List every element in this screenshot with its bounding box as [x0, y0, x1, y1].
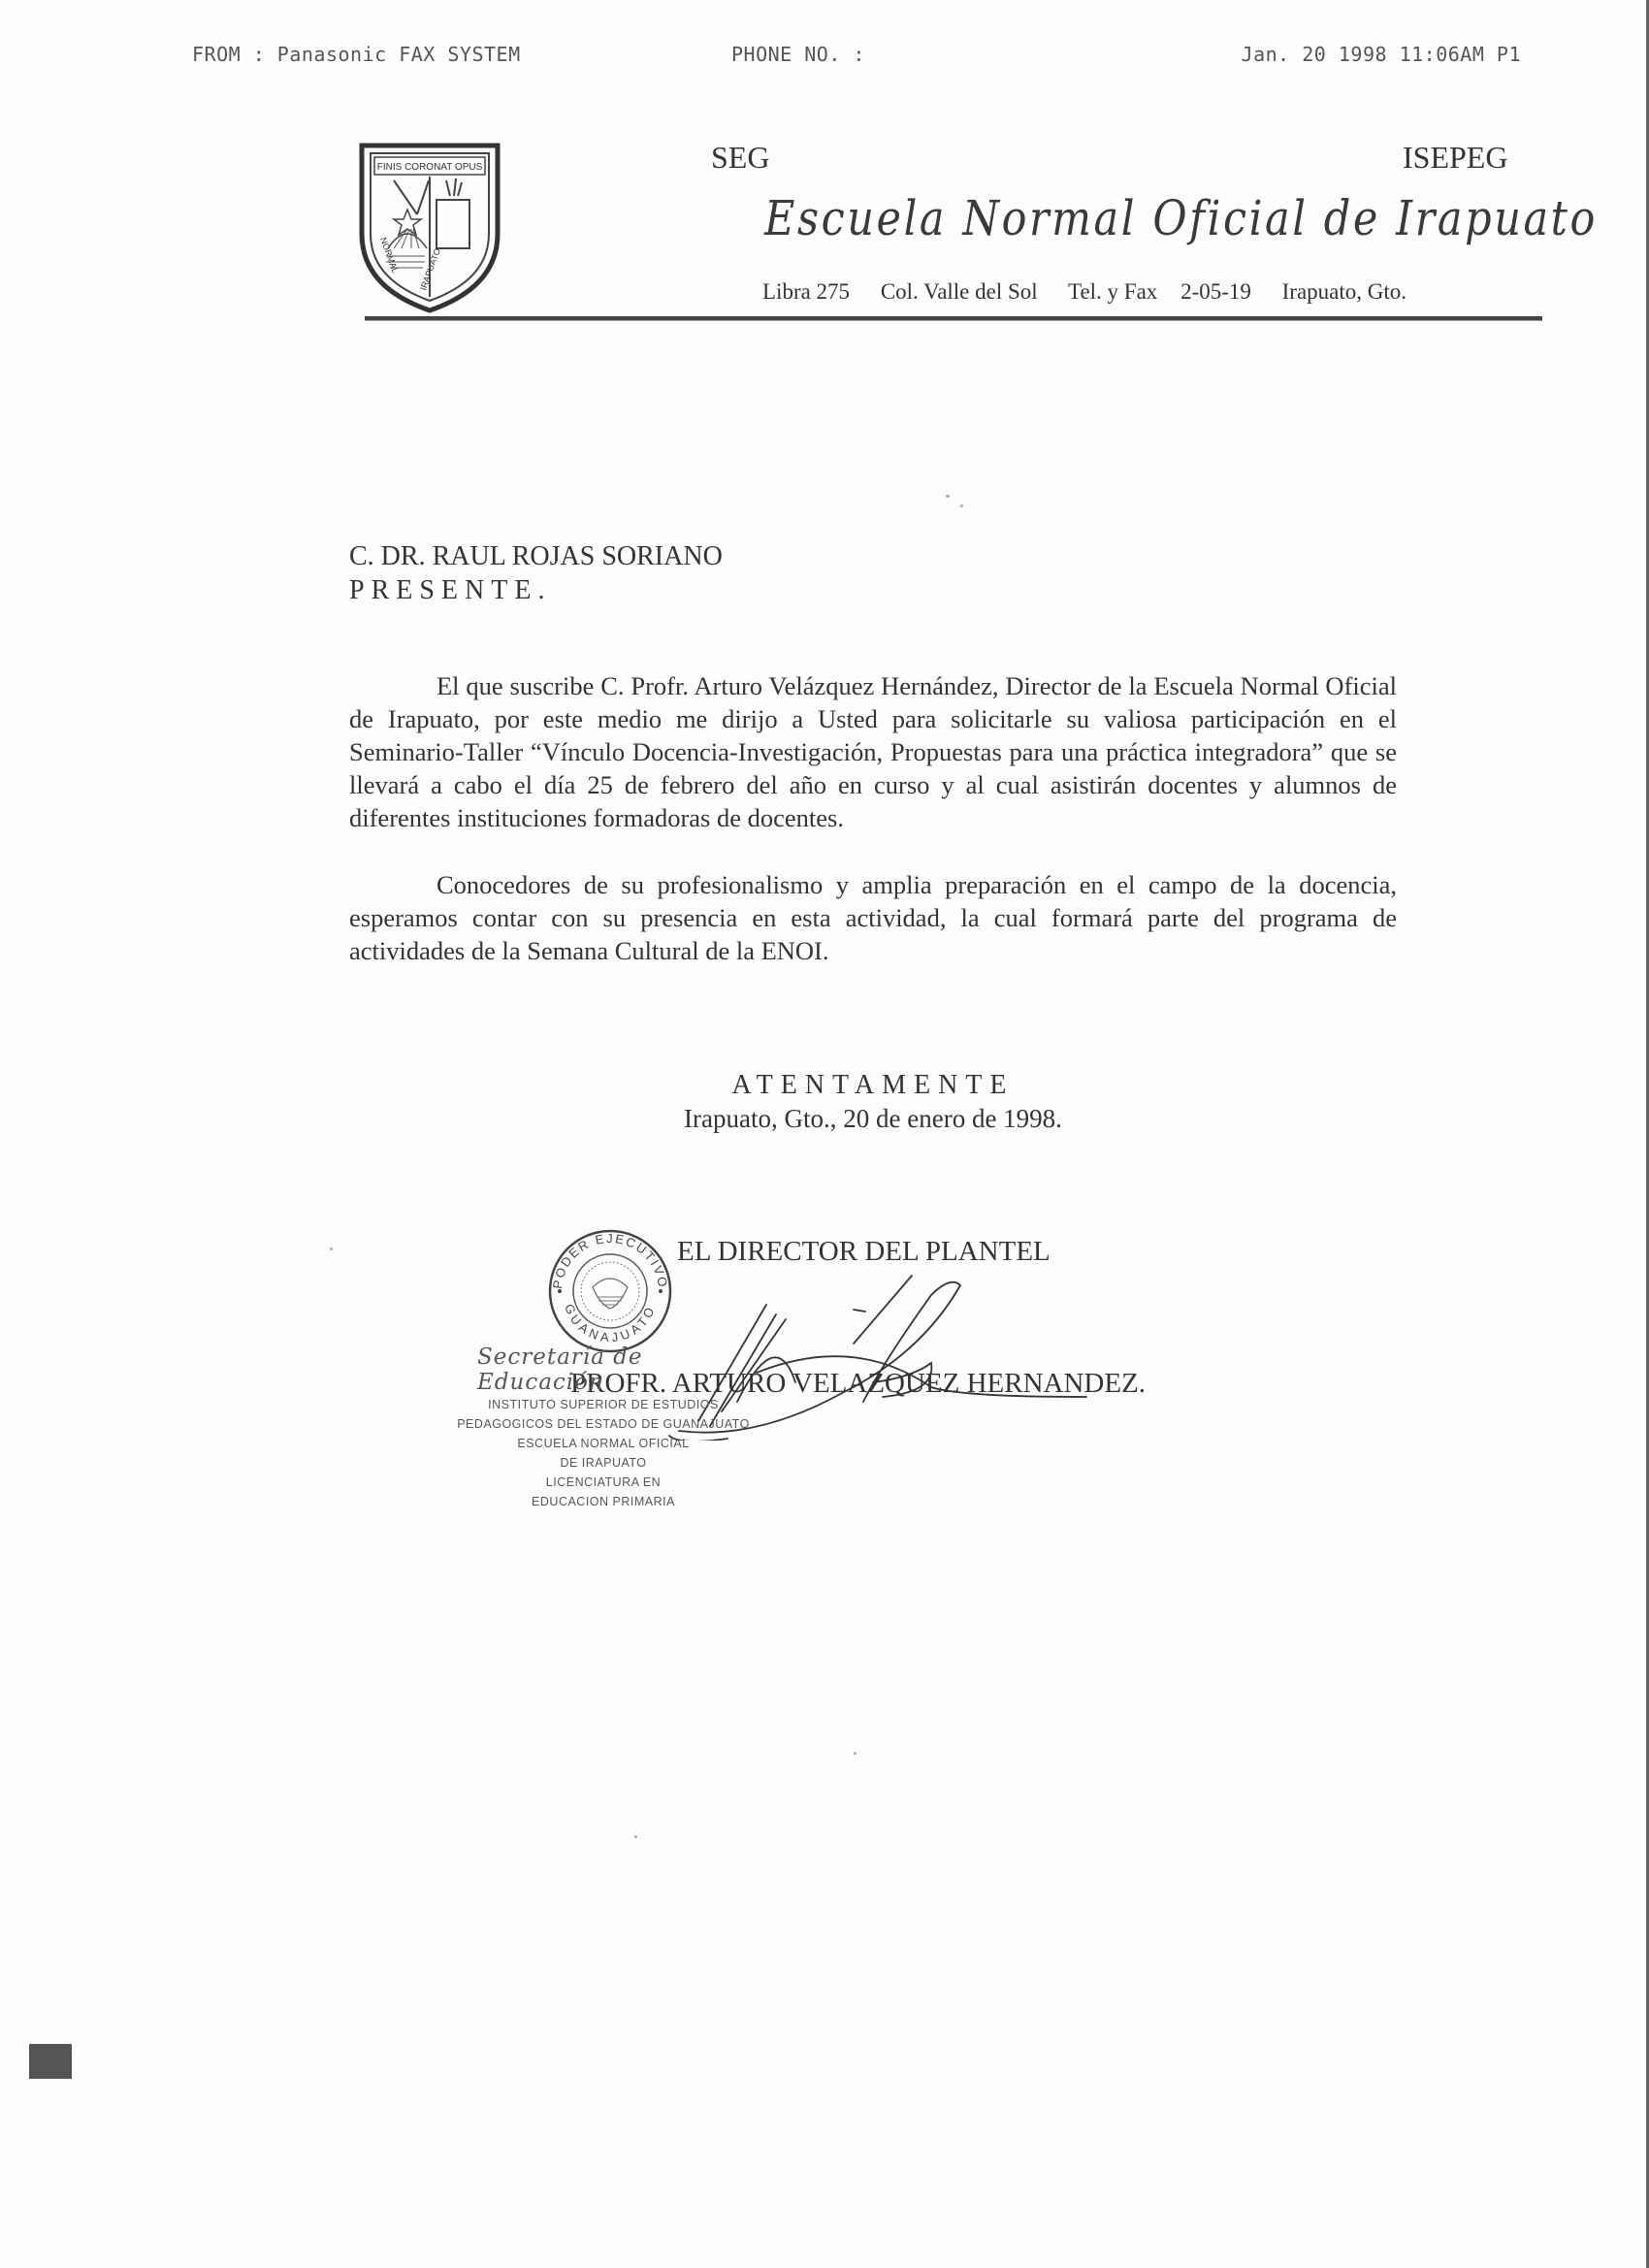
- address-phone: 2-05-19: [1180, 279, 1251, 304]
- scan-registration-mark: [29, 2044, 72, 2079]
- stamp-line: PEDAGOGICOS DEL ESTADO DE GUANAJUATO: [448, 1414, 759, 1434]
- stamp-line: LICENCIATURA EN: [448, 1473, 759, 1492]
- scan-speck: [634, 1835, 637, 1838]
- isepeg-label: ISEPEG: [1403, 140, 1507, 176]
- recipient-salutation: PRESENTE.: [349, 573, 1397, 607]
- address-phone-label: Tel. y Fax: [1068, 279, 1157, 304]
- stamp-line: ESCUELA NORMAL OFICIAL: [448, 1434, 759, 1453]
- stamp-line: INSTITUTO SUPERIOR DE ESTUDIOS: [448, 1395, 759, 1414]
- fax-phone: PHONE NO. :: [731, 43, 865, 66]
- recipient-name: C. DR. RAUL ROJAS SORIANO: [349, 539, 1397, 573]
- fax-from: FROM : Panasonic FAX SYSTEM: [192, 43, 521, 66]
- letterhead-divider: [365, 316, 1542, 321]
- school-name: Escuela Normal Oficial de Irapuato: [764, 190, 1381, 246]
- scan-speck: [854, 1752, 857, 1755]
- institution-stamp: Secretaría de Educación INSTITUTO SUPERI…: [448, 1345, 759, 1511]
- valediction: ATENTAMENTE: [582, 1070, 1164, 1101]
- seg-label: SEG: [711, 140, 769, 176]
- address-city: Irapuato, Gto.: [1282, 279, 1406, 304]
- address-colony: Col. Valle del Sol: [881, 279, 1038, 304]
- fax-date-page: Jan. 20 1998 11:06AM P1: [1242, 43, 1521, 66]
- stamp-line: DE IRAPUATO: [448, 1453, 759, 1473]
- body-paragraph: Conocedores de su profesionalismo y ampl…: [349, 868, 1397, 967]
- recipient-block: C. DR. RAUL ROJAS SORIANO PRESENTE.: [349, 539, 1397, 607]
- place-date: Irapuato, Gto., 20 de enero de 1998.: [582, 1104, 1164, 1134]
- scan-speck: [330, 1247, 333, 1250]
- school-address: Libra 275 Col. Valle del Sol Tel. y Fax …: [762, 279, 1432, 305]
- svg-text:FINIS CORONAT OPUS: FINIS CORONAT OPUS: [377, 162, 483, 173]
- stamp-line: EDUCACION PRIMARIA: [448, 1492, 759, 1511]
- stamp-title: Secretaría de Educación: [448, 1345, 759, 1395]
- body-paragraph: El que suscribe C. Profr. Arturo Velázqu…: [349, 669, 1397, 834]
- scan-speck: [960, 504, 963, 507]
- fax-header: FROM : Panasonic FAX SYSTEM PHONE NO. : …: [192, 43, 1521, 70]
- director-title: EL DIRECTOR DEL PLANTEL: [677, 1236, 1051, 1268]
- school-shield-icon: FINIS CORONAT OPUS NORMAL IRAPUATO: [357, 142, 502, 314]
- address-street: Libra 275: [762, 279, 850, 304]
- scan-speck: [946, 495, 950, 498]
